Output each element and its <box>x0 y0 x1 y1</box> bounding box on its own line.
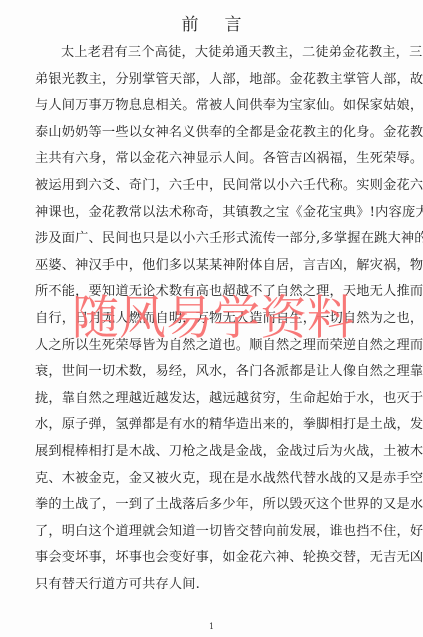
text-line: 克、木被金克，金又被火克，现在是水战然代替水战的又是赤手空 <box>35 466 405 493</box>
page-number: 1 <box>0 622 423 631</box>
text-line: 神课也，金花教常以法术称奇，其镇教之宝《金花宝典》!内容庞大， <box>35 200 405 227</box>
text-line: 自行，日月无人燃而自明，万物无人造而自生，一切自然为之也， <box>35 306 405 333</box>
text-line: 只有替天行道方可共存人间. <box>35 572 405 599</box>
text-line: 泰山奶奶等一些以女神名义供奉的全都是金花教主的化身。金花教 <box>35 120 405 147</box>
text-line: 主共有六身，常以金花六神显示人间。各管吉凶祸福，生死荣辱。 <box>35 146 405 173</box>
text-line: 被运用到六爻、奇门，六壬中，民间常以小六壬代称。实则金花六 <box>35 173 405 200</box>
text-line: 人之所以生死荣辱皆为自然之道也。顺自然之理而荣逆自然之理而 <box>35 333 405 360</box>
text-line: 涉及面广、民间也只是以小六壬形式流传一部分,多掌握在跳大神的 <box>35 226 405 253</box>
text-line: 拢，靠自然之理越近越发达，越远越贫穷，生命起始于水，也灭于 <box>35 386 405 413</box>
text-line: 拳的土战了，一到了土战落后多少年，所以毁灭这个世界的又是水 <box>35 492 405 519</box>
text-line: 所不能，要知道无论术数有高也超越不了自然之理，天地无人推而 <box>35 279 405 306</box>
text-line: 展到棍棒相打是木战、刀枪之战是金战，金战过后为火战，土被木 <box>35 439 405 466</box>
text-line: 巫婆、神汉手中，他们多以某某神附体自居，言吉凶，解灾祸，物 <box>35 253 405 280</box>
text-line: 衰，世间一切术数，易经，风水，各门各派都是让人像自然之理靠 <box>35 359 405 386</box>
text-line: 弟银光教主，分别掌管天部，人部，地部。金花教主掌管人部，故 <box>35 67 405 94</box>
text-line: 了，明白这个道理就会知道一切皆交替向前发展，谁也挡不住，好 <box>35 519 405 546</box>
preface-body: 太上老君有三个高徒，大徒弟通天教主，二徒弟金花教主，三徒 弟银光教主，分别掌管天… <box>35 40 405 598</box>
text-line: 事会变坏事，坏事也会变好事，如金花六神、轮换交替，无吉无凶， <box>35 545 405 572</box>
page-title: 前言 <box>0 10 423 35</box>
text-line: 与人间万事万物息息相关。常被人间供奉为宝家仙。如保家姑娘， <box>35 93 405 120</box>
text-line: 太上老君有三个高徒，大徒弟通天教主，二徒弟金花教主，三徒 <box>35 40 405 67</box>
text-line: 水，原子弹，氢弹都是有水的精华造出来的，拳脚相打是土战，发 <box>35 412 405 439</box>
